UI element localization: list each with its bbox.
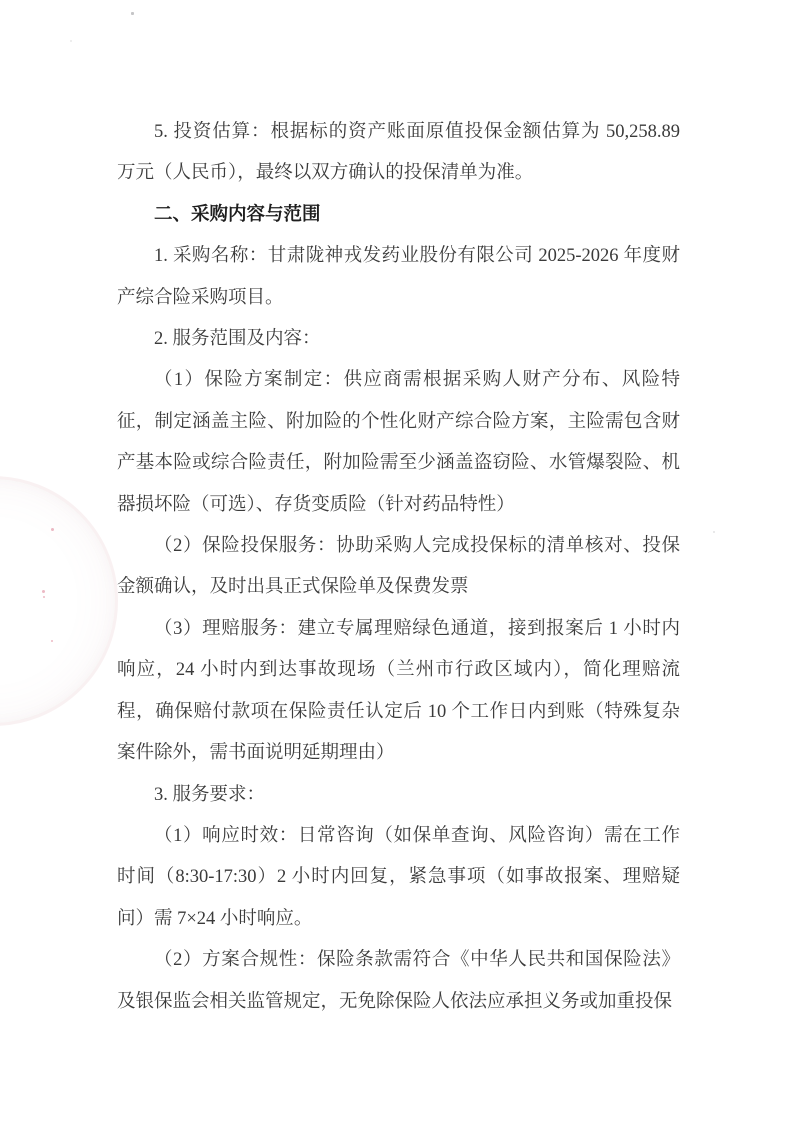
document-body: 5. 投资估算：根据标的资产账面原值投保金额估算为 50,258.89 万元（人… (117, 112, 680, 1023)
faint-red-seal-stamp (0, 476, 118, 726)
paragraph-service-req-title: 3. 服务要求： (117, 775, 680, 816)
paragraph-response-time: （1）响应时效：日常咨询（如保单查询、风险咨询）需在工作时间（8:30-17:3… (117, 816, 680, 940)
seal-ink-dot (43, 596, 45, 598)
paragraph-service-scope-title: 2. 服务范围及内容： (117, 319, 680, 360)
paragraph-investment-estimate: 5. 投资估算：根据标的资产账面原值投保金额估算为 50,258.89 万元（人… (117, 112, 680, 195)
seal-ink-dot (42, 590, 45, 593)
scan-speck (713, 531, 715, 533)
paragraph-claims-service: （3）理赔服务：建立专属理赔绿色通道，接到报案后 1 小时内响应，24 小时内到… (117, 609, 680, 775)
paragraph-procurement-name: 1. 采购名称：甘肃陇神戎发药业股份有限公司 2025-2026 年度财产综合险… (117, 236, 680, 319)
scan-speck (131, 12, 134, 15)
paragraph-compliance: （2）方案合规性：保险条款需符合《中华人民共和国保险法》及银保监会相关监管规定，… (117, 940, 680, 1023)
seal-ink-dot (51, 528, 54, 531)
section-heading-scope: 二、采购内容与范围 (117, 195, 680, 236)
seal-ink-dot (51, 640, 53, 642)
paragraph-underwriting-service: （2）保险投保服务：协助采购人完成投保标的清单核对、投保金额确认，及时出具正式保… (117, 526, 680, 609)
scan-speck (70, 40, 72, 42)
paragraph-insurance-plan: （1）保险方案制定：供应商需根据采购人财产分布、风险特征，制定涵盖主险、附加险的… (117, 360, 680, 526)
scanned-document-page: 5. 投资估算：根据标的资产账面原值投保金额估算为 50,258.89 万元（人… (0, 0, 793, 1122)
